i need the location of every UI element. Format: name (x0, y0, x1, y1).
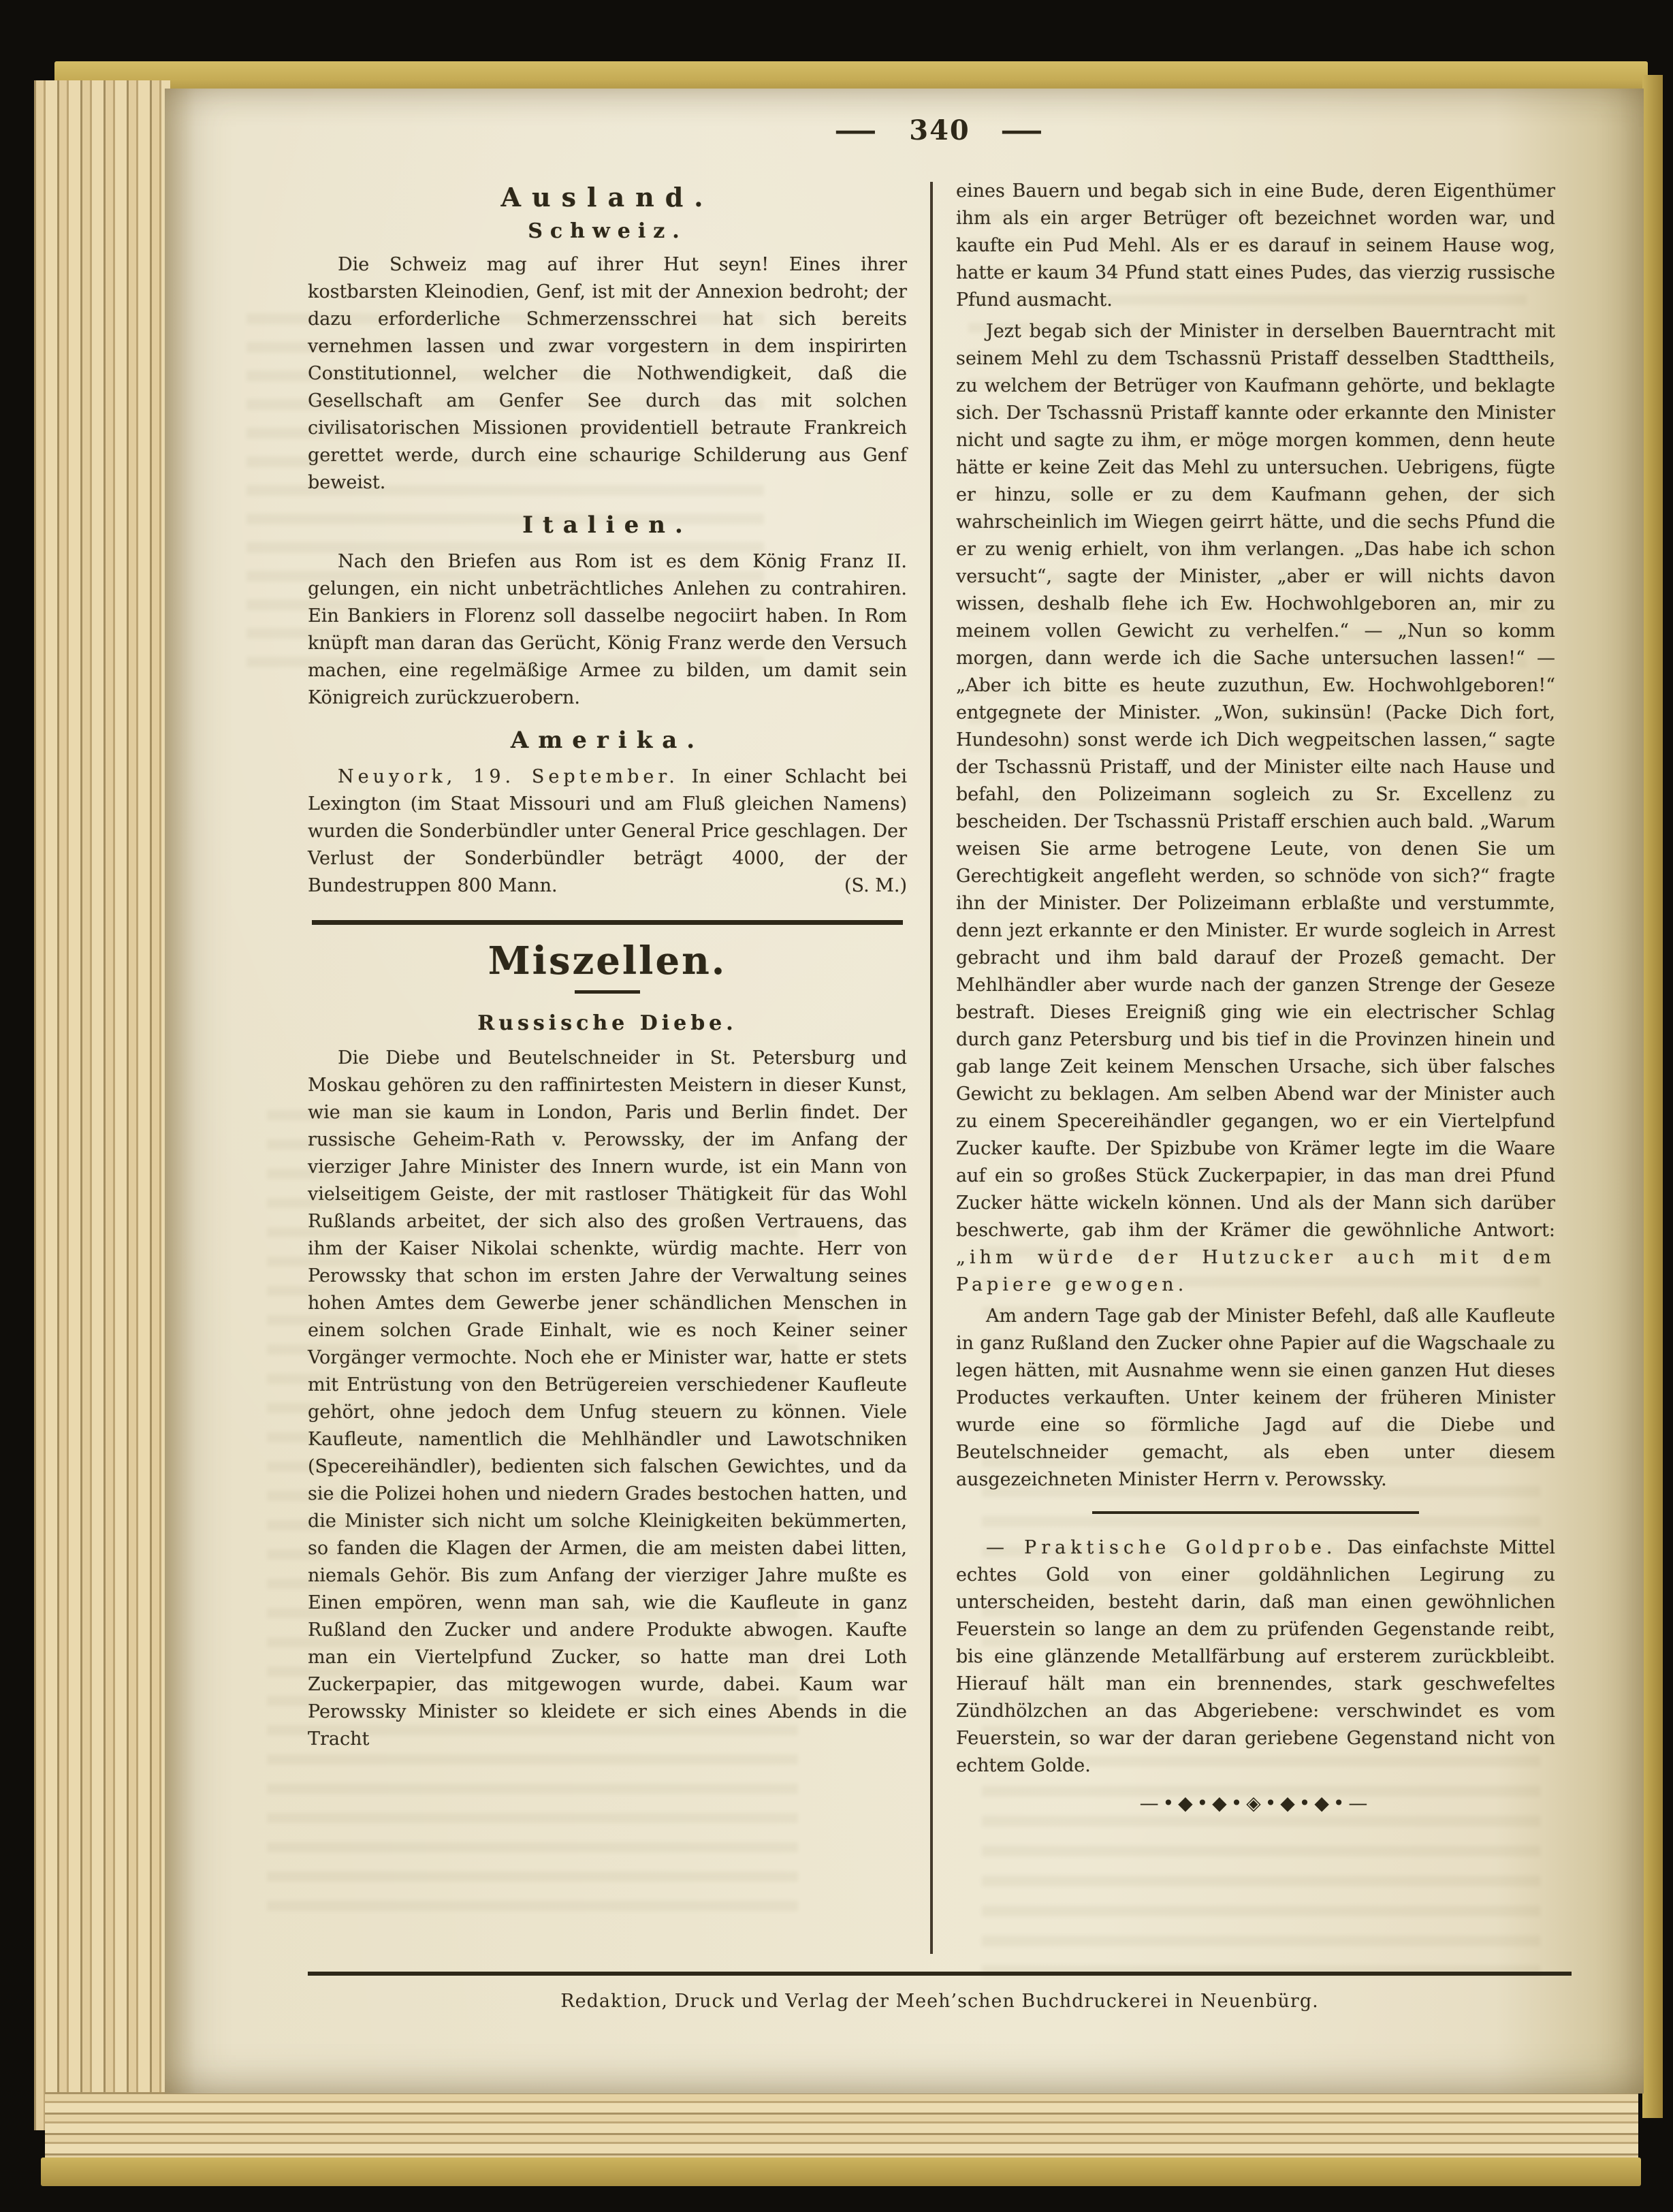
article-amerika: Neuyork, 19. September. In einer Schlach… (308, 763, 907, 900)
article-decree-paragraph: Am andern Tage gab der Minister Befehl, … (956, 1303, 1555, 1494)
miszellen-under-rule (575, 990, 640, 994)
section-title-amerika: Amerika. (308, 727, 907, 754)
two-column-layout: Ausland. Schweiz. Die Schweiz mag auf ih… (308, 178, 1572, 1954)
article-schweiz: Die Schweiz mag auf ihrer Hut seyn! Eine… (308, 251, 907, 496)
left-column: Ausland. Schweiz. Die Schweiz mag auf ih… (308, 178, 907, 1954)
miszellen-top-rule (312, 920, 903, 925)
article-goldprobe: — Praktische Goldprobe. Das einfachste M… (956, 1534, 1555, 1780)
page-stack-left-edge (34, 80, 170, 2130)
amerika-dateline: Neuyork, 19. September. (338, 766, 679, 787)
page-content: —340— Ausland. Schweiz. Die Schweiz mag … (308, 108, 1572, 2012)
section-title-italien: Italien. (308, 511, 907, 539)
book-cover-bottom-edge (41, 2158, 1641, 2186)
article-russische-diebe: Die Diebe und Beutelschneider in St. Pet… (308, 1045, 907, 1753)
column-divider-rule (930, 182, 933, 1954)
page-number: —340— (308, 114, 1572, 146)
right-column: eines Bauern und begab sich in eine Bude… (956, 178, 1555, 1954)
footer-rule (308, 1972, 1572, 1976)
article-title-russische-diebe: Russische Diebe. (308, 1011, 907, 1035)
article-italien: Nach den Briefen aus Rom ist es dem Köni… (308, 548, 907, 712)
section-title-ausland: Ausland. (308, 182, 907, 212)
goldprobe-separator-rule (1092, 1511, 1419, 1514)
section-title-miszellen: Miszellen. (308, 938, 907, 983)
article-minister-paragraph: Jezt begab sich der Minister in derselbe… (956, 318, 1555, 1299)
page-number-dash-right: — (1000, 114, 1045, 146)
page-number-dash-left: — (834, 114, 880, 146)
imprint-line: Redaktion, Druck und Verlag der Meeh’sch… (308, 1991, 1572, 2012)
page-number-value: 340 (909, 114, 970, 146)
section-title-schweiz: Schweiz. (308, 219, 907, 243)
page-stack-bottom-edge (45, 2092, 1638, 2166)
goldprobe-title: — Praktische Goldprobe. (986, 1537, 1337, 1558)
article-continuation-paragraph: eines Bauern und begab sich in eine Bude… (956, 178, 1555, 314)
goldprobe-text: Das einfachste Mittel echtes Gold von ei… (956, 1537, 1555, 1776)
book-cover-right-edge (1642, 75, 1663, 2118)
end-ornament-icon: —•◆•◆•◈•◆•◆•— (956, 1792, 1555, 1814)
amerika-source-abbrev: (S. M.) (814, 872, 907, 900)
minister-paragraph-spaced-quote: „ihm würde der Hutzucker auch mit dem Pa… (956, 1247, 1555, 1295)
minister-paragraph-text: Jezt begab sich der Minister in derselbe… (956, 321, 1555, 1241)
